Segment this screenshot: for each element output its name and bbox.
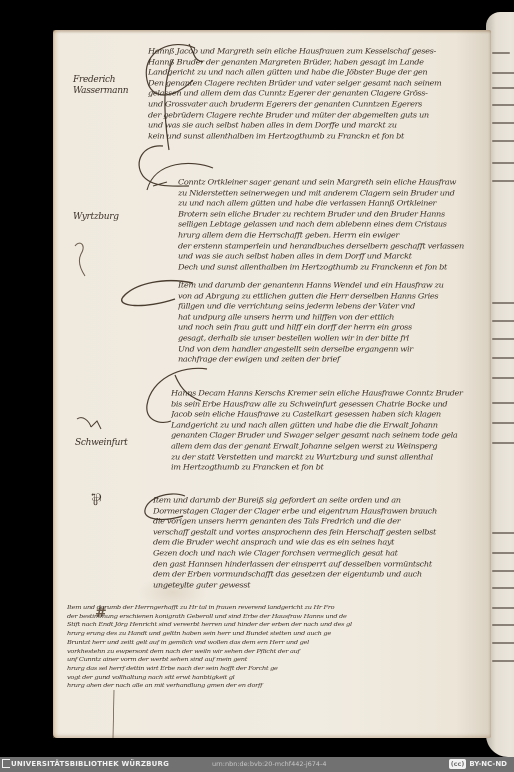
text-line: hrurg ahen der nach alle an mit verhandl… — [67, 682, 491, 690]
text-line: verschaff gestalt und vortes ansprochenn… — [153, 527, 491, 537]
text-line: vorkhestehn zu ewpersont dem nach der we… — [67, 647, 491, 655]
text-line: füllgen und die verrichtung seins jederm… — [178, 302, 491, 312]
facing-script-line — [492, 140, 514, 142]
facing-script-line — [492, 104, 514, 106]
facing-script-line — [492, 422, 514, 424]
text-line: Dormerstagen Clager der Clager erbe und … — [153, 506, 491, 516]
text-line: Stift nach Endt Jörg Henricht sind veree… — [67, 621, 491, 629]
text-line: dem die Bruder wecht ansprach und wie da… — [153, 538, 491, 548]
margin-w-mark-icon — [75, 413, 105, 433]
text-line: von ad Abrgung zu ettlichen gutten die H… — [178, 291, 491, 301]
facing-script-line — [492, 338, 514, 340]
paragraph-5: Item und darumb der Bureiß sig gefordert… — [153, 495, 491, 590]
text-line: Item und darumb der Herrngerhafft zu Hr … — [67, 603, 491, 611]
text-line: Landgericht zu und nach allen gütten und… — [148, 68, 491, 78]
text-line: der gebrüdern Clagere rechte Bruder und … — [148, 110, 491, 120]
margin-note-name: Frederich Wassermann — [73, 75, 113, 97]
facing-script-line — [492, 162, 514, 164]
text-line: vogt der gund vollhaltung nach sitt erwt… — [67, 673, 491, 681]
text-line: den gast Hannsen hinderlassen der einspe… — [153, 559, 491, 569]
paragraph-3: Item und darumb der genantenn Hanns Wend… — [178, 280, 491, 365]
text-line: und was sie auch selbst haben alles in d… — [148, 121, 491, 131]
text-line: Gezen doch und nach wie Clager forchsen … — [153, 548, 491, 558]
text-line: gelassen und allem dem das Cunntz Egerer… — [148, 89, 491, 99]
facing-script-line — [492, 52, 510, 54]
text-line: hrurg allem dem die Herrschafft geben. H… — [178, 230, 491, 240]
facing-script-line — [492, 180, 514, 182]
text-line: Jacob sein eliche Hausfrawe zu Castelkar… — [171, 410, 491, 420]
facing-script-line — [492, 402, 514, 404]
text-line: im Hertzogthumb zu Francken et fon bt — [171, 463, 491, 473]
facing-script-line — [492, 607, 514, 609]
paragraph-2: Conntz Ortkleiner sager genant und sein … — [178, 177, 491, 272]
text-line: Landgericht zu und nach allen gütten und… — [171, 420, 491, 430]
text-line: ungeteylte guter gewesst — [153, 580, 491, 590]
facing-script-line — [492, 642, 514, 644]
facing-script-line — [492, 320, 514, 322]
text-line: die vorigen unsers herrn genanten des Ta… — [153, 517, 491, 527]
text-line: genanten Clager Bruder und Swager selger… — [171, 431, 491, 441]
facing-script-line — [492, 122, 514, 124]
text-line: kein und sunst allenthalben im Hertzogth… — [148, 131, 491, 141]
facing-script-line — [492, 442, 514, 444]
text-line: und noch sein frau gutt und hilff ein do… — [178, 323, 491, 333]
text-line: und Grossvater auch bruderm Egerers der … — [148, 99, 491, 109]
text-line: zu und nach allem gütten und habe die ve… — [178, 199, 491, 209]
text-line: allem dem das der genant Erwalt Johanne … — [171, 441, 491, 451]
text-line: Item und darumb der Bureiß sig gefordert… — [153, 496, 491, 506]
text-line: Hannß Jacob und Margreth sein eliche Hau… — [148, 47, 491, 57]
text-line: gesagt, derhalb sie unser bestellen woll… — [178, 333, 491, 343]
license-link[interactable]: (cc) BY-NC-ND — [449, 759, 507, 769]
manuscript-page: Frederich Wassermann Wyrtzburg W. Schwei… — [53, 30, 491, 738]
text-line: Dech und sunst allenthalben im Hertzogth… — [178, 262, 491, 272]
facing-script-line — [492, 587, 514, 589]
text-line: hrurg das sel herrf dettin wirt Erbe nac… — [67, 664, 491, 672]
margin-note-place: Wyrtzburg — [73, 212, 119, 222]
license-label: BY-NC-ND — [469, 760, 507, 768]
paragraph-1: Hannß Jacob und Margreth sein eliche Hau… — [148, 46, 491, 141]
text-line: Bruntzt herr und zeitt gelt auf in gemli… — [67, 638, 491, 646]
text-line: hrurg erung des zu Handt und gelttn habe… — [67, 630, 491, 638]
facing-script-line — [492, 624, 514, 626]
facing-script-line — [492, 302, 514, 304]
marginal-hook-icon — [71, 240, 91, 280]
footer-bar: UNIVERSITÄTSBIBLIOTHEK WÜRZBURG urn:nbn:… — [0, 757, 514, 772]
paragraph-6: Item und darumb der Herrngerhafft zu Hr … — [67, 603, 491, 690]
text-line: Conntz Ortkleiner sager genant und sein … — [178, 178, 491, 188]
text-line: Hanns Decam Hanns Kerschs Kremer sein el… — [171, 389, 491, 399]
text-line: der bestimmung erschienen konigrath Gebe… — [67, 612, 491, 620]
margin-note-place: Schweinfurt — [75, 438, 127, 448]
text-line: unf Cunntz ainer vorm der werbt sehen si… — [67, 656, 491, 664]
text-line: dem der Erben vormundschafft das gesetze… — [153, 570, 491, 580]
facing-script-line — [492, 357, 514, 359]
paragraph-mark-icon: ⅌ — [91, 488, 101, 510]
creative-commons-icon: (cc) — [449, 759, 467, 769]
text-line: Den genanten Clagere rechten Brüder und … — [148, 78, 491, 88]
facing-script-line — [492, 87, 514, 89]
text-line: selligen Lebtage gelassen und nach dem a… — [178, 220, 491, 230]
facing-script-line — [492, 570, 514, 572]
text-line: Brotern sein eliche Bruder zu rechtem Br… — [178, 209, 491, 219]
paragraph-4: Hanns Decam Hanns Kerschs Kremer sein el… — [171, 388, 491, 473]
text-line: bis sein Erbe Hausfraw alle zu Schweinfu… — [171, 399, 491, 409]
institution-logo[interactable]: UNIVERSITÄTSBIBLIOTHEK WÜRZBURG — [2, 759, 169, 768]
urn-identifier[interactable]: urn:nbn:de:bvb:20-mchf442-j674-4 — [212, 760, 327, 768]
facing-script-line — [492, 72, 514, 74]
library-logo-icon — [2, 759, 10, 768]
image-viewer[interactable]: Frederich Wassermann Wyrtzburg W. Schwei… — [0, 0, 514, 757]
facing-script-line — [492, 660, 514, 662]
text-line: zu Niderstetten seinerwegen und mit ande… — [178, 188, 491, 198]
text-line: und was sie auch selbst haben alles in d… — [178, 252, 491, 262]
facing-script-line — [492, 552, 514, 554]
institution-name: UNIVERSITÄTSBIBLIOTHEK WÜRZBURG — [11, 760, 169, 768]
text-line: der erstenn stamperlein und herandbuches… — [178, 241, 491, 251]
facing-script-line — [492, 532, 514, 534]
text-line: Item und darumb der genantenn Hanns Wend… — [178, 281, 491, 291]
text-line: Hannß Bruder der genanten Margreten Brüd… — [148, 57, 491, 67]
text-line: Und von dem handler angestellt sein ders… — [178, 344, 491, 354]
facing-script-line — [492, 377, 514, 379]
text-line: hat undpurg alle unsers herrn und hilffe… — [178, 312, 491, 322]
text-line: nachfrage der ewigen und zeiten der brie… — [178, 355, 491, 365]
descender-stroke-icon — [111, 690, 117, 740]
text-line: zu der statt Verstetten und marckt zu Wu… — [171, 452, 491, 462]
